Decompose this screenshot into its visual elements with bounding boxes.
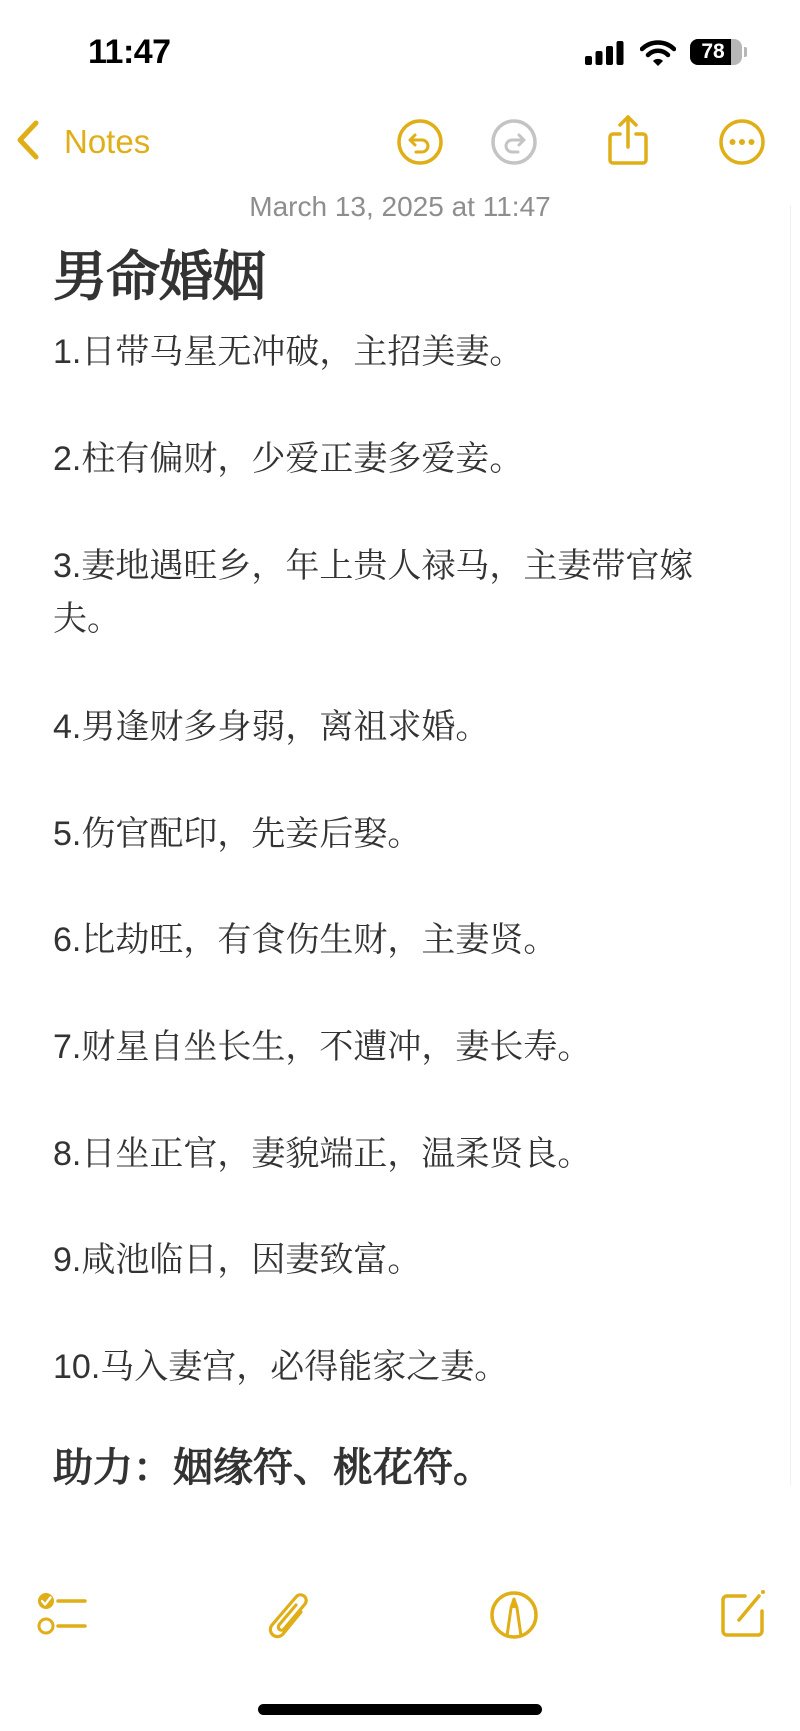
ellipsis-circle-icon [717, 117, 767, 167]
note-line[interactable]: 1.日带马星无冲破，主招美妻。 [53, 332, 523, 372]
note-line[interactable]: 夫。 [53, 599, 121, 639]
note-line[interactable]: 10.马入妻宫，必得能家之妻。 [53, 1347, 508, 1387]
undo-button[interactable] [395, 117, 445, 167]
markup-pen-icon [487, 1588, 541, 1642]
note-date: March 13, 2025 at 11:47 [0, 190, 800, 224]
wifi-icon [640, 40, 676, 66]
chevron-left-icon [14, 120, 64, 165]
paperclip-icon [263, 1590, 317, 1644]
compose-icon [715, 1587, 769, 1641]
signal-icon [585, 41, 625, 65]
note-line[interactable]: 2.柱有偏财，少爱正妻多爱妾。 [53, 439, 523, 479]
compose-button[interactable] [715, 1587, 769, 1641]
battery-percent: 78 [690, 39, 742, 65]
note-title[interactable]: 男命婚姻 [53, 246, 265, 308]
battery-nub [744, 47, 747, 57]
note-line[interactable]: 3.妻地遇旺乡，年上贵人禄马，主妻带官嫁 [53, 546, 693, 586]
battery-icon: 78 [690, 39, 742, 65]
back-label: Notes [64, 118, 150, 166]
redo-button[interactable] [489, 117, 539, 167]
more-button[interactable] [717, 117, 767, 167]
note-line[interactable]: 5.伤官配印，先妾后娶。 [53, 814, 421, 854]
home-indicator[interactable] [258, 1704, 542, 1715]
note-line[interactable]: 7.财星自坐长生，不遭冲，妻长寿。 [53, 1027, 591, 1067]
redo-icon [489, 117, 539, 167]
checklist-icon [35, 1588, 89, 1642]
note-line[interactable]: 4.男逢财多身弱，离祖求婚。 [53, 707, 489, 747]
status-time: 11:47 [88, 32, 171, 72]
checklist-button[interactable] [35, 1588, 89, 1642]
share-button[interactable] [603, 114, 653, 168]
attachment-button[interactable] [263, 1590, 317, 1644]
note-line[interactable]: 8.日坐正官，妻貌端正，温柔贤良。 [53, 1134, 591, 1174]
note-line[interactable]: 9.咸池临日，因妻致富。 [53, 1240, 421, 1280]
scroll-edge [790, 205, 791, 1485]
share-icon [603, 114, 653, 168]
note-footer[interactable]: 助力：姻缘符、桃花符。 [53, 1445, 493, 1491]
note-line[interactable]: 6.比劫旺，有食伤生财，主妻贤。 [53, 920, 557, 960]
back-button[interactable]: Notes [14, 118, 150, 166]
undo-icon [395, 117, 445, 167]
markup-button[interactable] [487, 1588, 541, 1642]
